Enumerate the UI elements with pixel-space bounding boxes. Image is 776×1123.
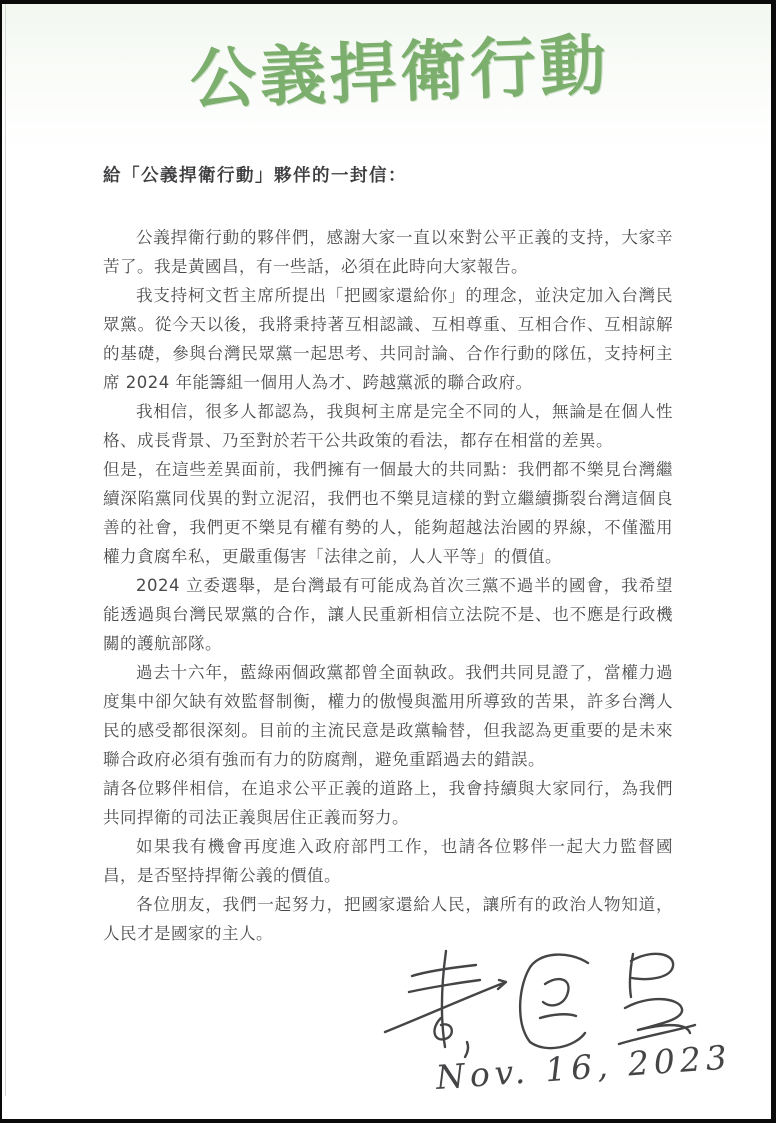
scanned-letter-page: 公義捍衛行動 給「公義捍衛行動」夥伴的一封信： 公義捍衛行動的夥伴們，感謝大家一… (0, 0, 776, 1123)
scan-edge-right (771, 0, 776, 1123)
scan-edge-bottom (0, 1119, 776, 1123)
letter-body-container: 給「公義捍衛行動」夥伴的一封信： 公義捍衛行動的夥伴們，感謝大家一直以來對公平正… (103, 162, 673, 948)
letter-paragraph: 公義捍衛行動的夥伴們，感謝大家一直以來對公平正義的支持，大家辛苦了。我是黃國昌，… (103, 223, 673, 281)
letter-salutation: 給「公義捍衛行動」夥伴的一封信： (103, 162, 673, 187)
letter-paragraphs: 公義捍衛行動的夥伴們，感謝大家一直以來對公平正義的支持，大家辛苦了。我是黃國昌，… (103, 223, 673, 948)
letter-paragraph: 過去十六年，藍綠兩個政黨都曾全面執政。我們共同見證了，當權力過度集中卻欠缺有效監… (103, 658, 673, 774)
scan-edge-left (0, 0, 2, 1123)
letter-paragraph: 我支持柯文哲主席所提出「把國家還給你」的理念，並決定加入台灣民眾黨。從今天以後，… (103, 281, 673, 397)
paper-fold-line (5, 4, 6, 1096)
letter-paragraph: 我相信，很多人都認為，我與柯主席是完全不同的人，無論是在個人性格、成長背景、乃至… (103, 397, 673, 455)
letter-paragraph: 請各位夥伴相信，在追求公平正義的道路上，我會持續與大家同行，為我們共同捍衛的司法… (103, 774, 673, 832)
letter-paragraph: 但是，在這些差異面前，我們擁有一個最大的共同點：我們都不樂見台灣繼續深陷黨同伐異… (103, 455, 673, 571)
letterhead-calligraphy: 公義捍衛行動 (158, 0, 642, 146)
letter-paragraph: 各位朋友，我們一起努力，把國家還給人民，讓所有的政治人物知道，人民才是國家的主人… (103, 890, 673, 948)
letter-paragraph: 如果我有機會再度進入政府部門工作，也請各位夥伴一起大力監督國昌，是否堅持捍衛公義… (103, 832, 673, 890)
brand-title: 公義捍衛行動 (189, 33, 611, 114)
letter-paragraph: 2024 立委選舉，是台灣最有可能成為首次三黨不過半的國會，我希望能透過與台灣民… (103, 571, 673, 658)
